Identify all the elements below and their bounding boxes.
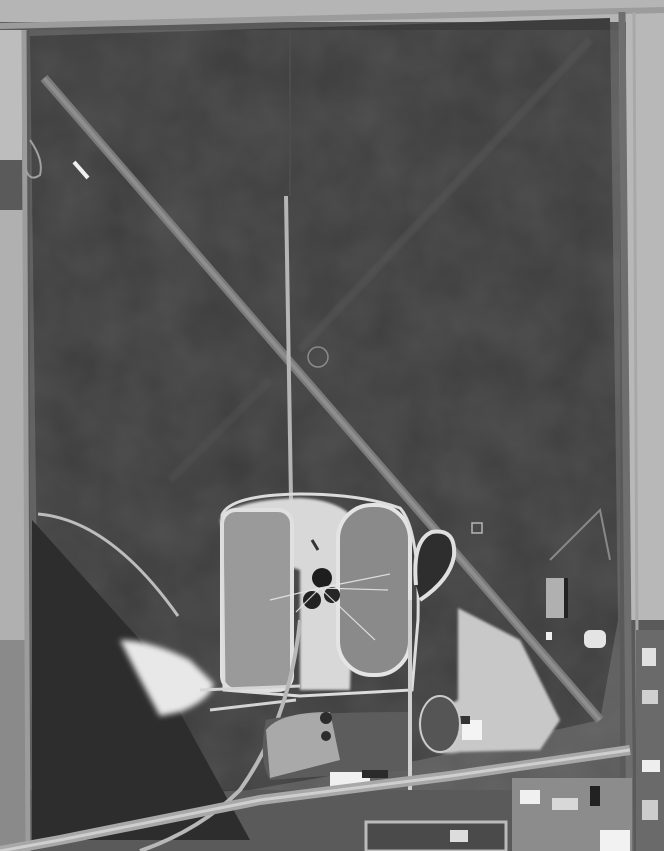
aerial-photo	[0, 0, 664, 851]
